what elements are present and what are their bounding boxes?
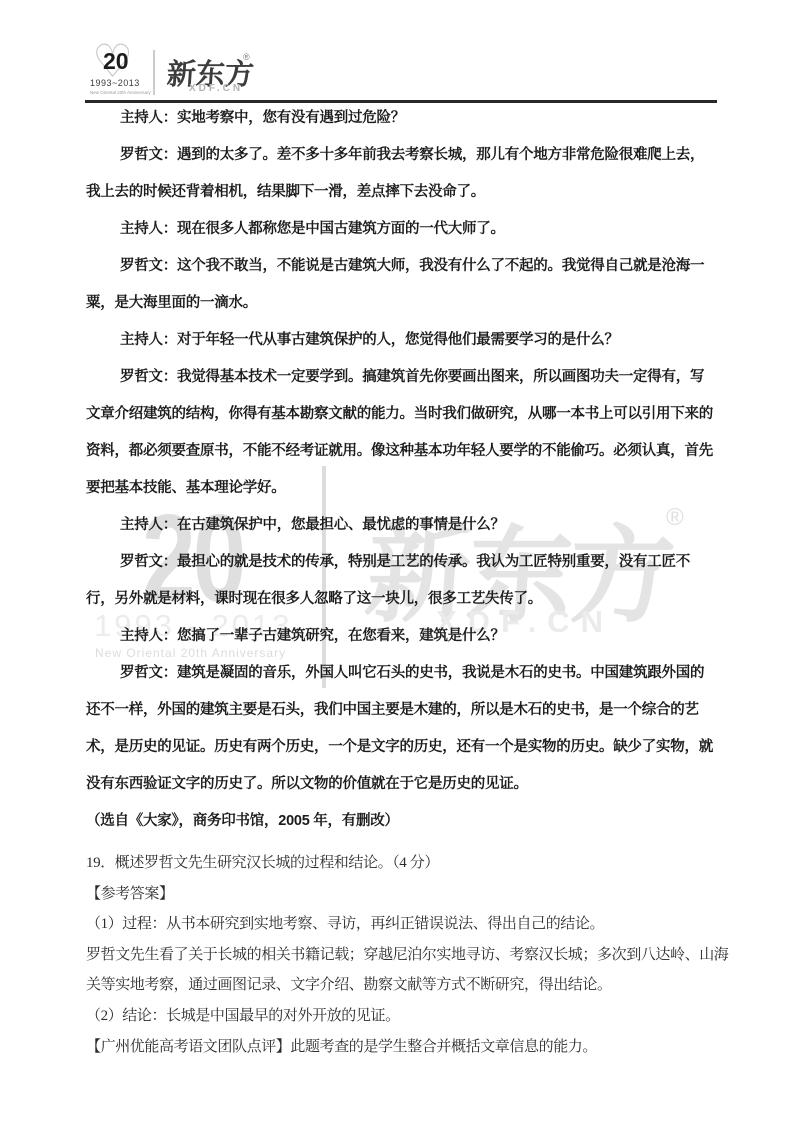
transcript-line: 罗哲文：建筑是凝固的音乐，外国人叫它石头的史书，我说是木石的史书。中国建筑跟外国…	[86, 655, 731, 692]
transcript-line: 主持人：您搞了一辈子古建筑研究，在您看来，建筑是什么？	[86, 618, 731, 655]
transcript-line: 没有东西验证文字的历史了。所以文物的价值就在于它是历史的见证。	[86, 766, 731, 803]
answer-line: 19．概述罗哲文先生研究汉长城的过程和结论。（4 分）	[86, 848, 736, 879]
anniversary-badge: ♡ 20 1993~2013 New Oriental 20th Anniver…	[92, 42, 150, 100]
badge-number: 20	[103, 48, 129, 75]
transcript-line: 罗哲文：我觉得基本技术一定要学到。搞建筑首先你要画出图来，所以画图功夫一定得有，…	[86, 359, 731, 396]
transcript-line: 粟，是大海里面的一滴水。	[86, 285, 731, 322]
transcript-line: 主持人：实地考察中，您有没有遇到过危险？	[86, 100, 731, 137]
answer-line: 【广州优能高考语文团队点评】此题考查的是学生整合并概括文章信息的能力。	[86, 1032, 736, 1063]
transcript-line: 术，是历史的见证。历史有两个历史，一个是文字的历史，还有一个是实物的历史。缺少了…	[86, 729, 731, 766]
transcript-line: 主持人：对于年轻一代从事古建筑保护的人，您觉得他们最需要学习的是什么？	[86, 322, 731, 359]
transcript-line: 主持人：在古建筑保护中，您最担心、最忧虑的事情是什么？	[86, 507, 731, 544]
transcript-line: 要把基本技能、基本理论学好。	[86, 470, 731, 507]
transcript-line: 主持人：现在很多人都称您是中国古建筑方面的一代大师了。	[86, 211, 731, 248]
brand-domain: XDF.CN	[189, 83, 243, 94]
badge-years: 1993~2013	[90, 78, 140, 88]
registered-trademark-icon: ®	[243, 52, 250, 62]
answer-line: 【参考答案】	[86, 879, 736, 910]
badge-subtext: New Oriental 20th Anniversary	[90, 90, 151, 95]
answer-line: 罗哲文先生看了关于长城的相关书籍记载；穿越尼泊尔实地寻访、考察汉长城；多次到八达…	[86, 940, 736, 971]
transcript-line: （选自《大家》，商务印书馆，2005 年，有删改）	[86, 803, 731, 840]
header-divider-line	[153, 50, 155, 95]
transcript-line: 罗哲文：最担心的就是技术的传承，特别是工艺的传承。我认为工匠特别重要，没有工匠不	[86, 544, 731, 581]
transcript-line: 罗哲文：这个我不敢当，不能说是古建筑大师，我没有什么了不起的。我觉得自己就是沧海…	[86, 248, 731, 285]
transcript-line: 行，另外就是材料，课时现在很多人忽略了这一块儿，很多工艺失传了。	[86, 581, 731, 618]
answer-line: 关等实地考察，通过画图记录、文字介绍、勘察文献等方式不断研究，得出结论。	[86, 970, 736, 1001]
answer-line: （2）结论：长城是中国最早的对外开放的见证。	[86, 1001, 736, 1032]
document-page: 20 1993 - 2013 New Oriental 20th Anniver…	[0, 0, 800, 1131]
transcript-line: 文章介绍建筑的结构，你得有基本勘察文献的能力。当时我们做研究，从哪一本书上可以引…	[86, 396, 731, 433]
interview-transcript: 主持人：实地考察中，您有没有遇到过危险？罗哲文：遇到的太多了。差不多十多年前我去…	[86, 100, 731, 840]
header-rule	[85, 100, 717, 103]
transcript-line: 我上去的时候还背着相机，结果脚下一滑，差点摔下去没命了。	[86, 174, 731, 211]
answer-line: （1）过程：从书本研究到实地考察、寻访，再纠正错误说法、得出自己的结论。	[86, 909, 736, 940]
transcript-line: 罗哲文：遇到的太多了。差不多十多年前我去考察长城，那儿有个地方非常危险很难爬上去…	[86, 137, 731, 174]
transcript-line: 还不一样，外国的建筑主要是石头，我们中国主要是木建的，所以是木石的史书，是一个综…	[86, 692, 731, 729]
question-and-answer-section: 19．概述罗哲文先生研究汉长城的过程和结论。（4 分）【参考答案】（1）过程：从…	[86, 848, 736, 1062]
transcript-line: 资料，都必须要查原书，不能不经考证就用。像这种基本功年轻人要学的不能偷巧。必须认…	[86, 433, 731, 470]
